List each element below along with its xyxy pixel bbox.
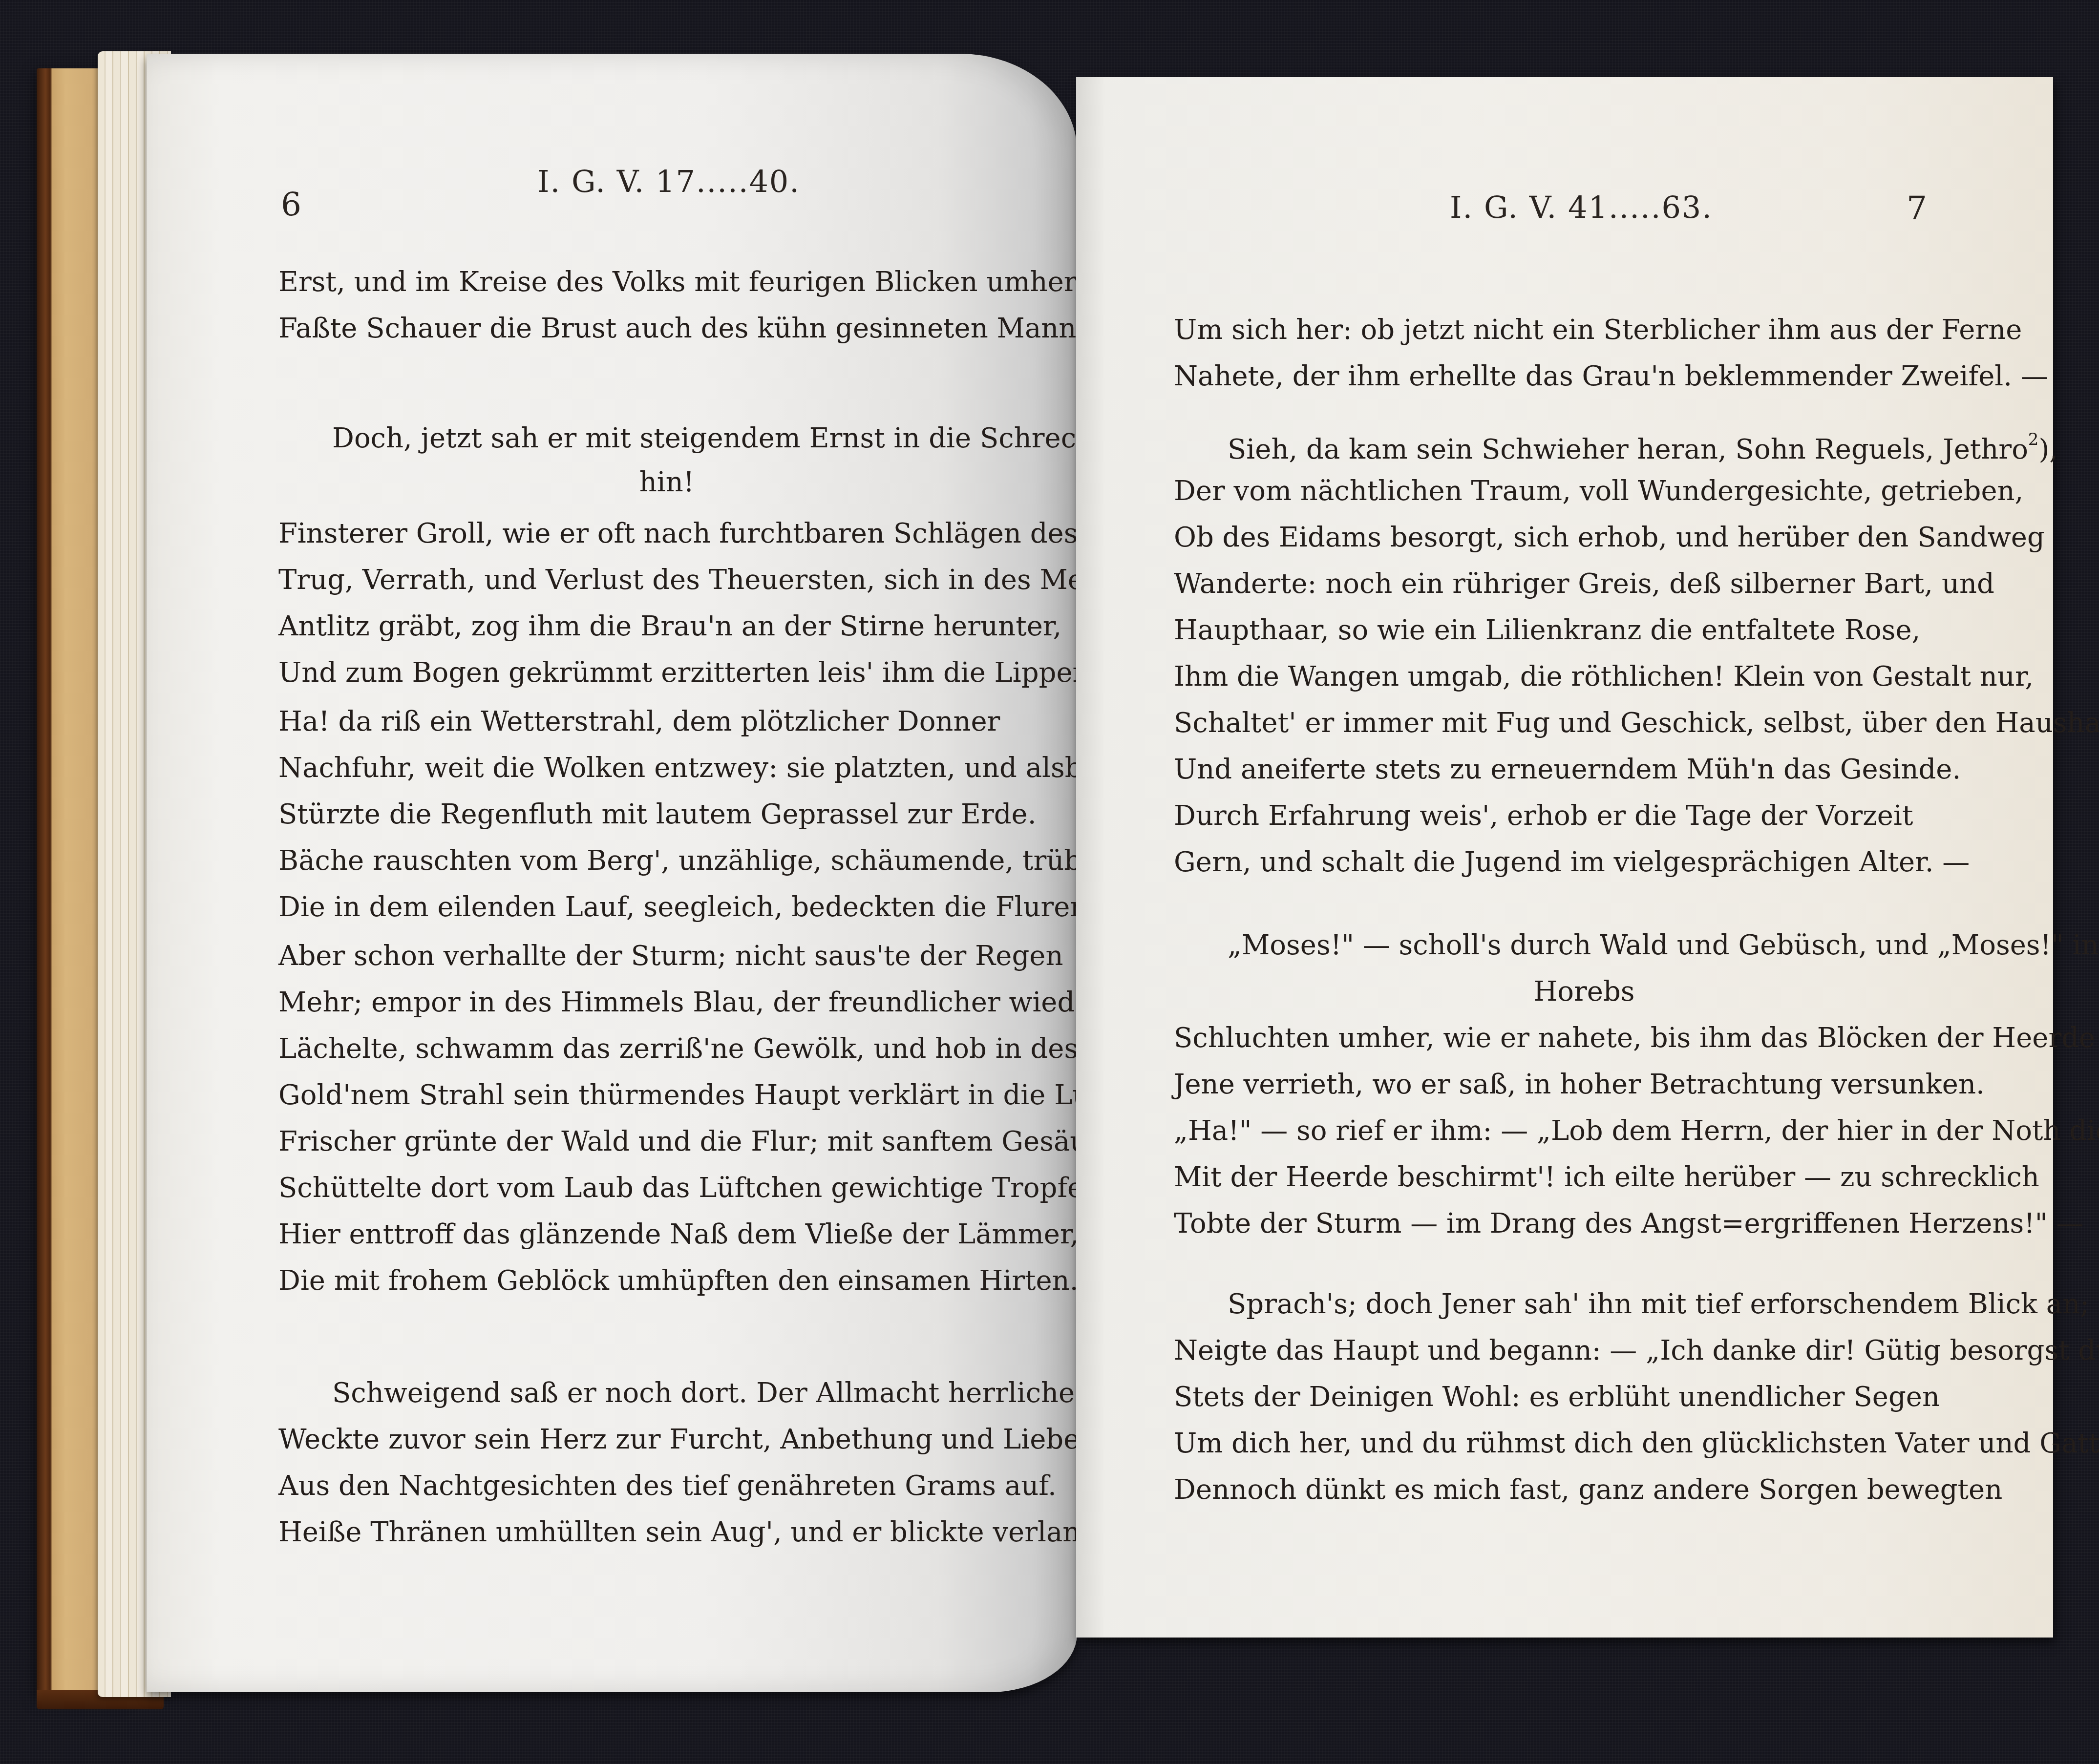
text-line: Lächelte, schwamm das zerriß'ne Gewölk, … (278, 1035, 1189, 1063)
text-line: „Ha!" — so rief er ihm: — „Lob dem Herrn… (1174, 1117, 2099, 1145)
text-line: Haupthaar, so wie ein Lilienkranz die en… (1174, 617, 1920, 644)
text-line: Jene verrieth, wo er saß, in hoher Betra… (1174, 1071, 1985, 1098)
text-line: Stets der Deinigen Wohl: es erblüht unen… (1174, 1384, 1940, 1411)
text-line: Um dich her, und du rühmst dich den glüc… (1174, 1430, 2099, 1457)
text-line: Ha! da riß ein Wetterstrahl, dem plötzli… (278, 708, 1000, 735)
text-line: Horebs (1174, 978, 1994, 1006)
text-line: Trug, Verrath, und Verlust des Theuerste… (278, 567, 1182, 594)
text-line: Ob des Eidams besorgt, sich erhob, und h… (1174, 524, 2045, 551)
text-line: Hier enttroff das glänzende Naß dem Vlie… (278, 1221, 1079, 1248)
footnote-marker: 2 (2028, 430, 2039, 449)
text-line: Heiße Thränen umhüllten sein Aug', und e… (278, 1519, 1149, 1546)
text-line: Neigte das Haupt und begann: — „Ich dank… (1174, 1337, 2099, 1365)
text-line: Gern, und schalt die Jugend im vielgespr… (1174, 849, 1970, 876)
text-line: Erst, und im Kreise des Volks mit feurig… (278, 269, 1134, 296)
text-segment: ), (2039, 434, 2058, 465)
text-line: Gold'nem Strahl sein thürmendes Haupt ve… (278, 1082, 1175, 1109)
text-line: Nahete, der ihm erhellte das Grau'n bekl… (1174, 363, 2048, 390)
left-page: 6 I. G. V. 17.....40. Erst, und im Kreis… (147, 54, 1077, 1692)
text-line: Wanderte: noch ein rühriger Greis, deß s… (1174, 570, 1994, 598)
text-segment: Sieh, da kam sein Schwieher heran, Sohn … (1228, 434, 2028, 465)
text-line: Faßte Schauer die Brust auch des kühn ge… (278, 315, 1154, 342)
text-line: Durch Erfahrung weis', erhob er die Tage… (1174, 802, 1913, 830)
page-number: 7 (1907, 189, 1927, 227)
text-line: Die mit frohem Geblöck umhüpften den ein… (278, 1267, 1114, 1295)
text-line: Um sich her: ob jetzt nicht ein Sterblic… (1174, 316, 2022, 344)
text-line: Mehr; empor in des Himmels Blau, der fre… (278, 989, 1104, 1016)
text-line: Weckte zuvor sein Herz zur Furcht, Anbet… (278, 1426, 1088, 1453)
text-line: Schüttelte dort vom Laub das Lüftchen ge… (278, 1175, 1110, 1202)
text-line: Die in dem eilenden Lauf, seegleich, bed… (278, 894, 1096, 921)
text-line: Der vom nächtlichen Traum, voll Wunderge… (1174, 478, 2023, 505)
running-head: I. G. V. 17.....40. (537, 164, 800, 199)
text-line: Bäche rauschten vom Berg', unzählige, sc… (278, 847, 1106, 875)
text-line: Ihm die Wangen umgab, die röthlichen! Kl… (1174, 663, 2034, 691)
text-line: Sprach's; doch Jener sah' ihn mit tief e… (1228, 1291, 2089, 1318)
text-line: Und aneiferte stets zu erneuerndem Müh'n… (1174, 756, 1961, 783)
text-line-with-footnote: Sieh, da kam sein Schwieher heran, Sohn … (1228, 431, 2058, 463)
text-line: Tobte der Sturm — im Drang des Angst=erg… (1174, 1210, 2083, 1238)
page-number: 6 (281, 186, 301, 223)
text-line: Frischer grünte der Wald und die Flur; m… (278, 1128, 1126, 1155)
text-line: Schaltet' er immer mit Fug und Geschick,… (1174, 710, 2099, 737)
text-line: Dennoch dünkt es mich fast, ganz andere … (1174, 1476, 2002, 1504)
text-line: Nachfuhr, weit die Wolken entzwey: sie p… (278, 755, 1125, 782)
text-line: Schweigend saß er noch dort. Der Allmach… (332, 1380, 1193, 1407)
text-line: Stürzte die Regenfluth mit lautem Gepras… (278, 801, 1037, 828)
running-head: I. G. V. 41.....63. (1450, 189, 1713, 225)
text-line: hin! (278, 469, 1055, 496)
text-line: Aber schon verhallte der Sturm; nicht sa… (278, 943, 1063, 970)
text-line: Und zum Bogen gekrümmt erzitterten leis'… (278, 659, 1099, 687)
text-line: Aus den Nachtgesichten des tief genähret… (278, 1472, 1057, 1500)
text-line: Mit der Heerde beschirmt'! ich eilte her… (1174, 1164, 2039, 1191)
text-line: Antlitz gräbt, zog ihm die Brau'n an der… (278, 613, 1061, 640)
right-page: I. G. V. 41.....63. 7 Um sich her: ob je… (1076, 77, 2053, 1638)
text-line: „Moses!" — scholl's durch Wald und Gebüs… (1228, 932, 2099, 959)
text-line: Schluchten umher, wie er nahete, bis ihm… (1174, 1025, 2095, 1052)
